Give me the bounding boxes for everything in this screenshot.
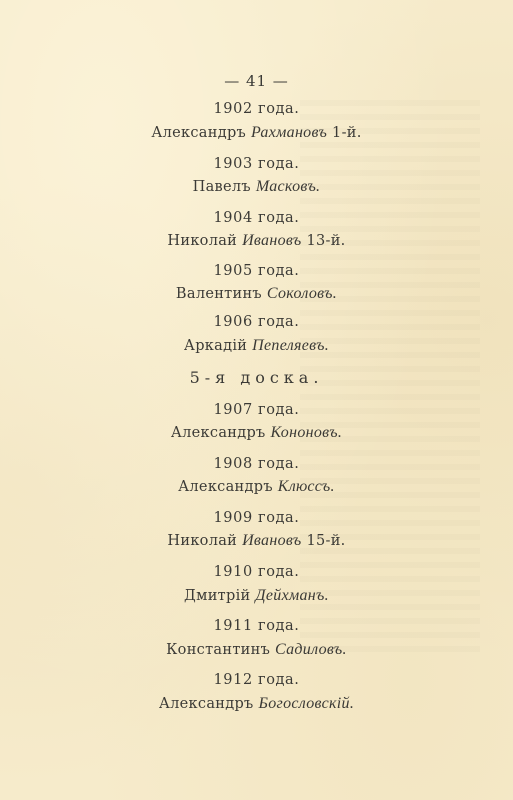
book-page: — 41 — 1902 года. Александръ Рахмановъ 1… [0, 0, 513, 800]
surname: Соколовъ. [267, 285, 337, 302]
entry-name: Александръ Богословскій. [0, 695, 513, 713]
entry-year: 1905 года. [0, 263, 513, 279]
entry-year: 1912 года. [0, 672, 513, 688]
entry-name: Павелъ Масковъ. [0, 178, 513, 196]
entry-year: 1909 года. [0, 510, 513, 526]
entry-year: 1908 года. [0, 456, 513, 472]
first-name: Николай [167, 233, 237, 249]
first-name: Александръ [151, 125, 246, 141]
entry-year: 1911 года. [0, 618, 513, 634]
entry-name: Константинъ Садиловъ. [0, 641, 513, 659]
entry-name: Николай Ивановъ 15-й. [0, 532, 513, 550]
name-suffix: 13-й. [306, 233, 345, 249]
entry-year: 1903 года. [0, 156, 513, 172]
first-name: Александръ [178, 479, 273, 495]
entry-year: 1902 года. [0, 101, 513, 117]
entry-year: 1907 года. [0, 402, 513, 418]
name-suffix: 1-й. [332, 125, 362, 141]
entry-name: Александръ Кононовъ. [0, 424, 513, 442]
surname: Пепеляевъ. [252, 337, 329, 354]
surname: Масковъ. [256, 178, 321, 195]
first-name: Константинъ [166, 642, 270, 658]
first-name: Валентинъ [176, 286, 262, 302]
entry-year: 1904 года. [0, 210, 513, 226]
entry-year: 1910 года. [0, 564, 513, 580]
surname: Ивановъ [242, 232, 301, 249]
first-name: Аркадій [184, 338, 247, 354]
first-name: Николай [167, 533, 237, 549]
surname: Рахмановъ [251, 124, 327, 141]
first-name: Дмитрій [184, 588, 250, 604]
entry-name: Александръ Рахмановъ 1-й. [0, 124, 513, 142]
entry-name: Александръ Клюссъ. [0, 478, 513, 496]
surname: Ивановъ [242, 532, 301, 549]
first-name: Александръ [171, 425, 266, 441]
first-name: Александръ [159, 696, 254, 712]
section-heading: 5-я доска. [0, 368, 513, 387]
first-name: Павелъ [193, 179, 251, 195]
surname: Богословскій. [259, 695, 355, 712]
surname: Садиловъ. [275, 641, 347, 658]
entry-name: Дмитрій Дейхманъ. [0, 587, 513, 605]
entry-name: Аркадій Пепеляевъ. [0, 337, 513, 355]
surname: Дейхманъ. [255, 587, 329, 604]
entry-year: 1906 года. [0, 314, 513, 330]
surname: Кононовъ. [270, 424, 342, 441]
page-number: — 41 — [0, 72, 513, 90]
entry-name: Николай Ивановъ 13-й. [0, 232, 513, 250]
entry-name: Валентинъ Соколовъ. [0, 285, 513, 303]
surname: Клюссъ. [278, 478, 335, 495]
name-suffix: 15-й. [306, 533, 345, 549]
